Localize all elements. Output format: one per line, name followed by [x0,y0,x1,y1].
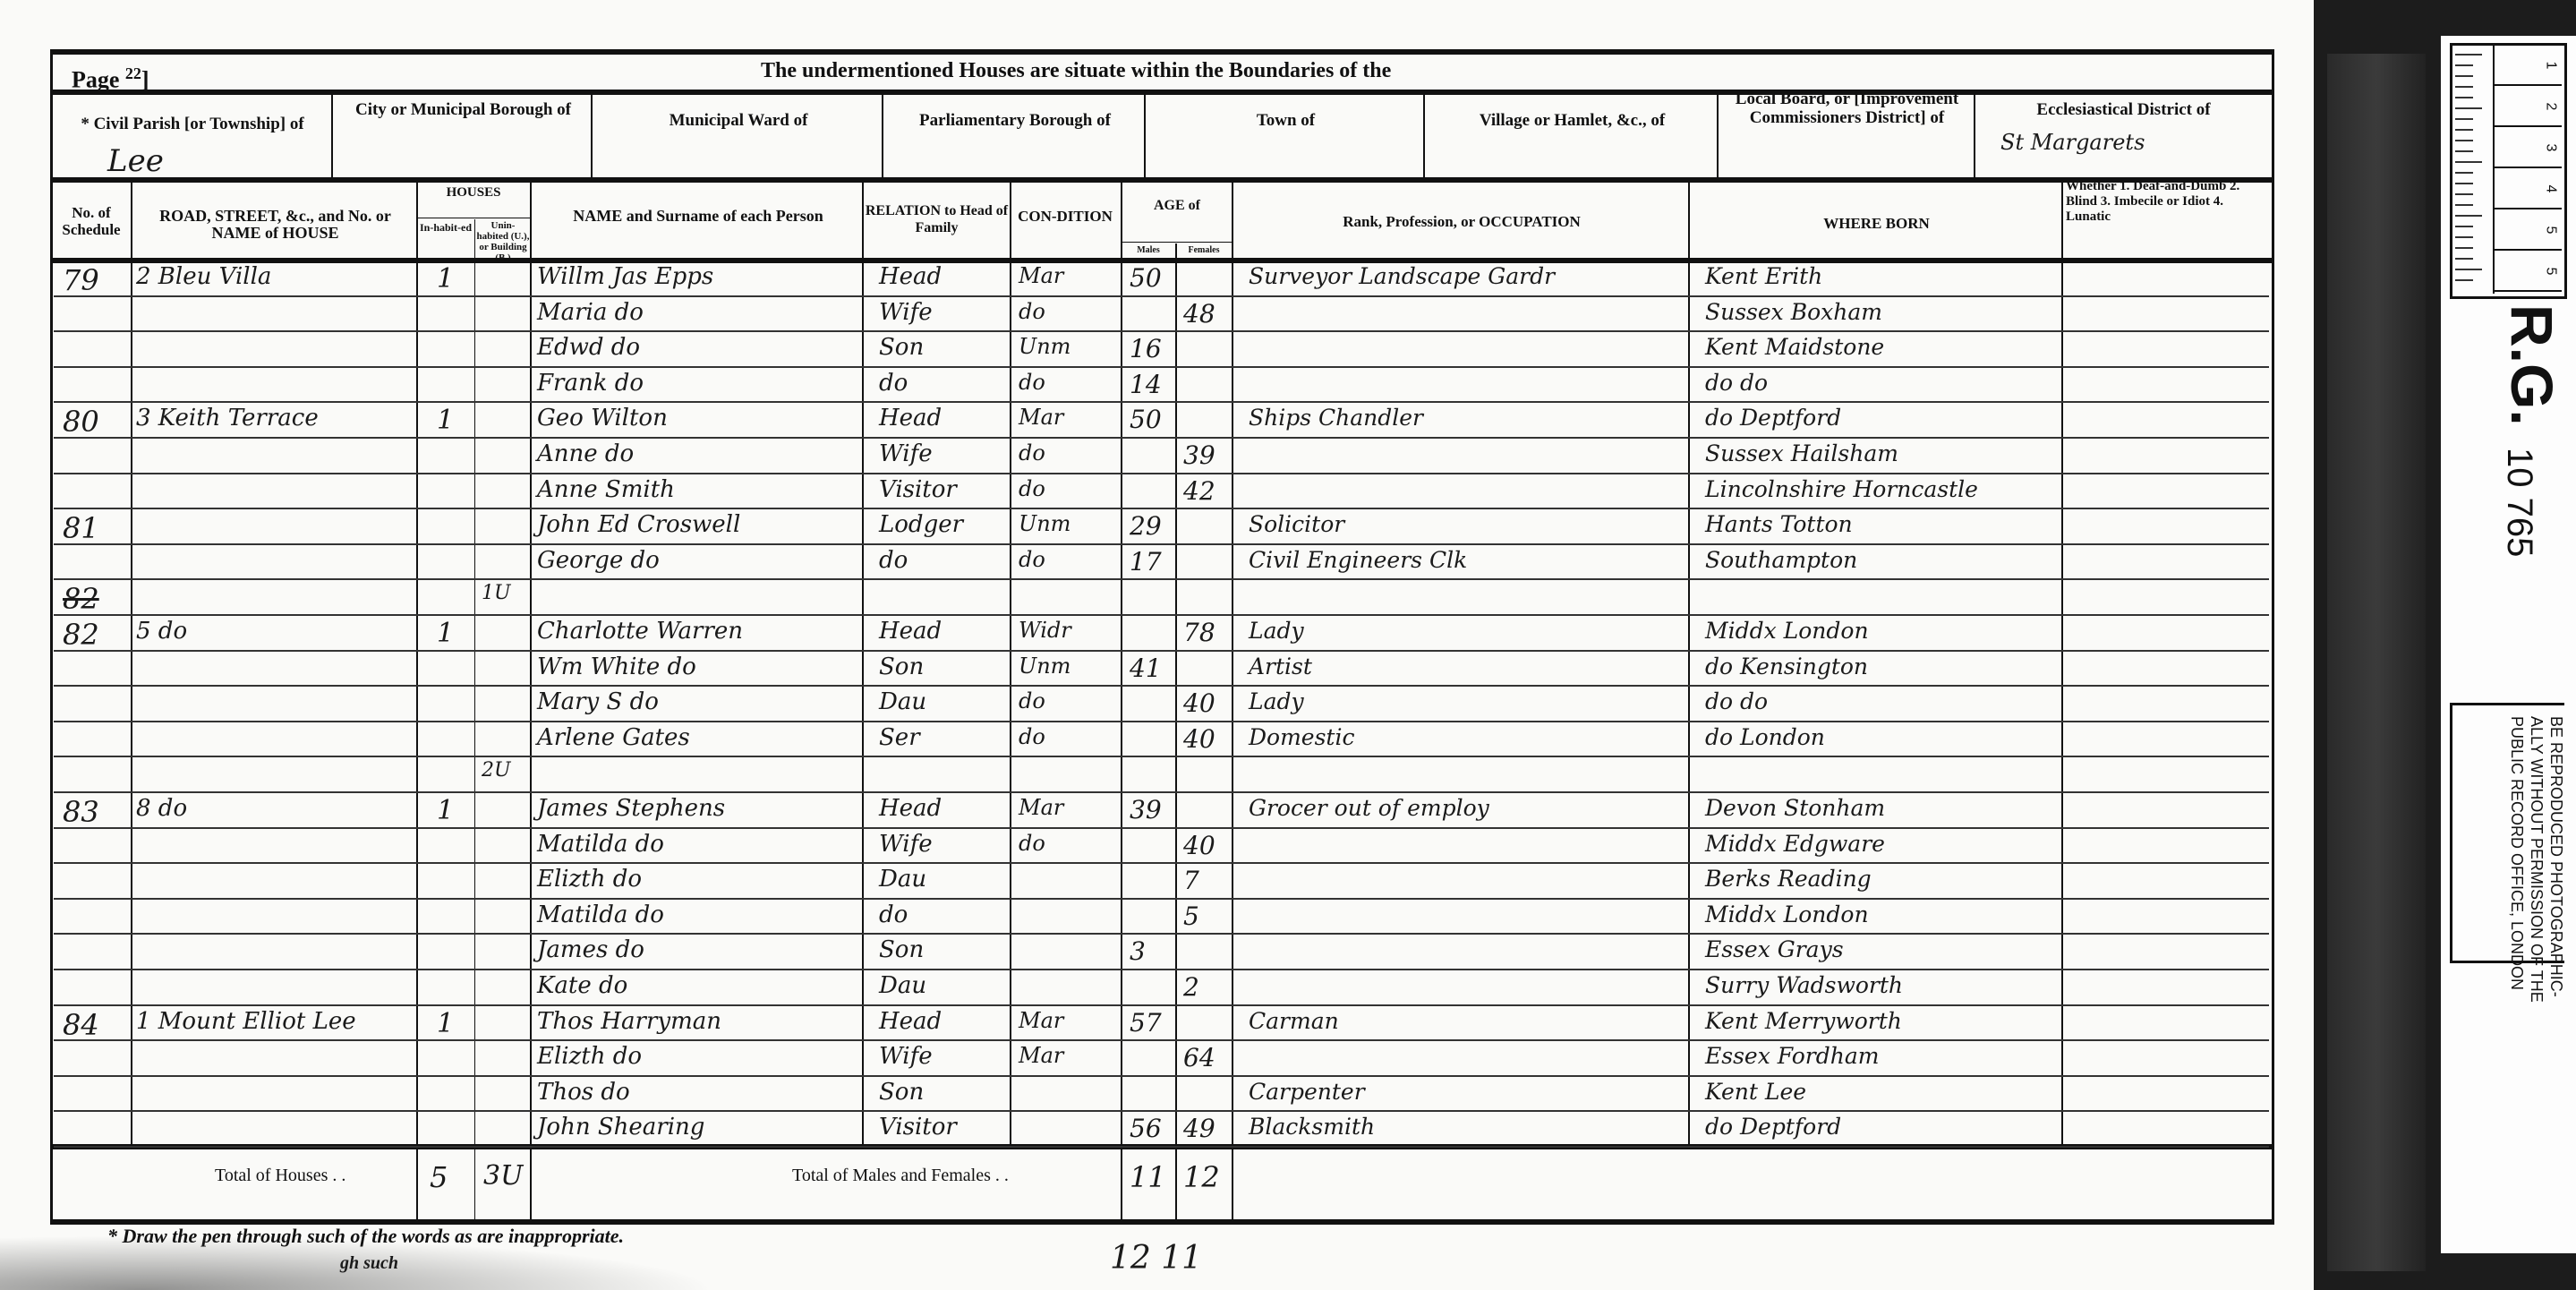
ruler-minor-tick [2455,75,2473,77]
age-male: 16 [1130,334,1162,363]
ruler-minor-tick [2455,64,2473,66]
age-male: 29 [1130,511,1162,541]
person-name: Matilda do [537,831,664,858]
relation-to-head: Head [879,795,942,822]
where-born: do London [1705,724,1825,750]
marital-condition: do [1019,370,1045,395]
col-age: AGE of [1122,197,1232,214]
marital-condition: do [1019,476,1045,501]
municipal-ward-label: Municipal Ward of [595,111,882,130]
col-name: NAME and Surname of each Person [537,208,859,225]
houses-inhabited: 1 [437,263,454,295]
rule [862,177,864,1144]
person-name: Maria do [537,299,644,326]
row-rule [54,827,2269,829]
person-name: Charlotte Warren [537,618,743,645]
where-born: Kent Merryworth [1705,1008,1902,1034]
ruler-minor-tick [2455,129,2473,131]
age-female: 48 [1183,299,1215,329]
relation-to-head: Dau [879,866,926,893]
person-name: George do [537,547,660,574]
row-rule [54,933,2269,935]
person-name: Matilda do [537,901,664,928]
total-males: 11 [1130,1160,1166,1194]
rule [331,90,333,177]
marital-condition: Mar [1019,1008,1063,1033]
col-occupation: Rank, Profession, or OCCUPATION [1235,213,1688,230]
where-born: do do [1705,370,1768,396]
relation-to-head: Son [879,334,924,361]
houses-uninhabited: 2U [482,759,511,782]
relation-to-head: Head [879,263,942,290]
rule [1423,90,1425,177]
ruler-number: 4 [2542,185,2558,193]
age-female: 40 [1183,831,1215,860]
col-schedule: No. of Schedule [52,204,131,238]
occupation: Solicitor [1249,511,1344,537]
person-name: Elizth do [537,1043,642,1070]
rule [131,177,132,1144]
age-female: 5 [1183,901,1199,931]
row-rule [54,295,2269,297]
occupation: Lady [1249,688,1304,714]
houses-inhabited: 1 [437,405,454,436]
col-houses: HOUSES [417,184,530,201]
person-name: Wm White do [537,654,696,680]
age-female: 2 [1183,972,1199,1002]
relation-to-head: Lodger [879,511,963,538]
person-name: Mary S do [537,688,659,715]
row-rule [54,685,2269,687]
relation-to-head: Head [879,618,942,645]
schedule-number: 82 [63,582,99,616]
rule [416,177,418,1219]
slip-notice: BE REPRODUCED PHOTOGRAPHIC- ALLY WITHOUT… [2507,716,2566,1003]
age-male: 57 [1130,1008,1162,1038]
binding-shadow [2327,54,2426,1271]
row-rule [54,791,2269,793]
total-houses-inhabited: 5 [430,1160,448,1194]
road-address: 8 do [136,795,187,822]
ruler-minor-tick [2455,183,2473,184]
rule [591,90,593,177]
row-rule [54,508,2269,509]
houses-inhabited: 1 [437,795,454,826]
where-born: do do [1705,688,1768,714]
occupation: Civil Engineers Clk [1249,547,1467,573]
rule [50,177,2274,183]
marital-condition: Mar [1019,405,1063,430]
col-relation: RELATION to Head of Family [864,202,1010,236]
marital-condition: Unm [1019,654,1070,679]
ruler-tick [2495,84,2562,86]
relation-to-head: Son [879,1079,924,1106]
ruler-minor-tick [2455,193,2473,195]
relation-to-head: Wife [879,1043,933,1070]
local-board-label: Local Board, or [Improvement Commissione… [1720,90,1974,127]
ruler-box [2450,43,2567,299]
age-female: 78 [1183,618,1215,647]
row-rule [54,721,2269,722]
age-male: 14 [1130,370,1162,399]
total-persons-label: Total of Males and Females . . [792,1166,1009,1186]
relation-to-head: Visitor [879,1114,957,1140]
age-male: 50 [1130,263,1162,293]
age-female: 40 [1183,688,1215,718]
occupation: Lady [1249,618,1304,644]
occupation: Surveyor Landscape Gardr [1249,263,1555,289]
relation-to-head: Son [879,936,924,963]
rule [50,49,2274,55]
ruler-number: 1 [2542,62,2558,70]
person-name: Thos do [537,1079,630,1106]
col-where-born: WHERE BORN [1692,215,2061,232]
ecclesiastical-district-label: Ecclesiastical District of [1978,100,2269,119]
marital-condition: Mar [1019,795,1063,820]
total-houses-label: Total of Houses . . [215,1166,345,1186]
total-houses-uninhabited: 3U [483,1160,523,1192]
parliamentary-borough-label: Parliamentary Borough of [886,111,1144,130]
total-females: 12 [1183,1160,1220,1194]
ruler-tick [2495,208,2562,209]
schedule-number: 81 [63,511,99,545]
col-infirmity: Whether 1. Deaf-and-Dumb 2. Blind 3. Imb… [2066,179,2270,225]
road-address: 5 do [136,618,187,645]
row-rule [54,578,2269,580]
ruler-minor-tick [2455,172,2473,174]
row-rule [54,862,2269,864]
road-address: 3 Keith Terrace [136,405,319,431]
row-rule [54,1075,2269,1077]
where-born: Middx London [1705,618,1869,644]
where-born: Kent Maidstone [1705,334,1884,360]
ruler-tick [2495,167,2562,168]
marital-condition: do [1019,831,1045,856]
occupation: Grocer out of employ [1249,795,1489,821]
occupation: Artist [1249,654,1312,679]
schedule-number: 80 [63,405,99,439]
ruler-minor-tick [2455,215,2482,217]
rule [1175,243,1177,1219]
rule [1974,90,1975,177]
houses-inhabited: 1 [437,618,454,649]
ruler-minor-tick [2455,247,2473,249]
age-male: 41 [1130,654,1162,683]
schedule-number: 84 [63,1008,99,1042]
person-name: Geo Wilton [537,405,668,431]
folio-marks: 12 11 [1110,1240,1202,1277]
relation-to-head: Head [879,405,942,431]
relation-to-head: Wife [879,299,933,326]
marital-condition: Unm [1019,334,1070,359]
row-rule [54,650,2269,652]
ecclesiastical-district-value: St Margarets [2000,130,2145,155]
row-rule [54,366,2269,368]
rule [474,219,475,1219]
where-born: Sussex Hailsham [1705,440,1898,466]
rule [2061,177,2063,1144]
age-female: 64 [1183,1043,1215,1072]
slip-series: R.G. [2498,304,2566,426]
ruler-minor-tick [2455,258,2473,260]
row-rule [54,543,2269,545]
marital-condition: Mar [1019,263,1063,288]
ruler-minor-tick [2455,204,2473,206]
relation-to-head: Head [879,1008,942,1035]
where-born: Sussex Boxham [1705,299,1882,325]
occupation: Blacksmith [1249,1114,1375,1140]
rule [530,177,532,1219]
road-address: 1 Mount Elliot Lee [136,1008,356,1035]
marital-condition: do [1019,547,1045,572]
row-rule [54,969,2269,970]
age-female: 7 [1183,866,1199,895]
person-name: John Shearing [537,1114,704,1140]
where-born: Essex Fordham [1705,1043,1879,1069]
col-inhabited: In-habit-ed [418,222,473,234]
marital-condition: Widr [1019,618,1071,643]
rule [2493,43,2495,294]
where-born: Southampton [1705,547,1857,573]
row-rule [54,330,2269,332]
person-name: James do [537,936,644,963]
person-name: Frank do [537,370,644,397]
relation-to-head: do [879,547,908,574]
schedule-number: 83 [63,795,99,829]
village-label: Village or Hamlet, &c., of [1428,111,1717,130]
ruler-tick [2495,290,2562,292]
relation-to-head: Dau [879,972,926,999]
relation-to-head: do [879,901,908,928]
col-road: ROAD, STREET, &c., and No. or NAME of HO… [134,208,416,242]
rule [1144,90,1146,177]
reference-slip: 123455 R.G. 10 765 BE REPRODUCED PHOTOGR… [2441,36,2576,1253]
age-male: 56 [1130,1114,1162,1143]
person-name: Arlene Gates [537,724,690,751]
age-male: 3 [1130,936,1146,966]
person-name: Edwd do [537,334,640,361]
row-rule [54,756,2269,757]
where-born: Essex Grays [1705,936,1844,962]
person-name: Thos Harryman [537,1008,721,1035]
marital-condition: Unm [1019,511,1070,536]
houses-inhabited: 1 [437,1008,454,1039]
page-number: 22 [125,64,141,82]
age-female: 49 [1183,1114,1215,1143]
houses-uninhabited: 1U [482,582,511,604]
row-rule [54,437,2269,439]
ruler-minor-tick [2455,269,2482,270]
marital-condition: do [1019,299,1045,324]
road-address: 2 Bleu Villa [136,263,271,290]
scan-noise [0,1235,716,1290]
municipal-borough-label: City or Municipal Borough of [336,100,591,119]
person-name: Willm Jas Epps [537,263,713,290]
rule [1688,177,1690,1144]
age-male: 39 [1130,795,1162,824]
marital-condition: do [1019,440,1045,466]
ruler-minor-tick [2455,86,2473,88]
occupation: Domestic [1249,724,1354,750]
census-page: Page 22] The undermentioned Houses are s… [0,0,2314,1290]
ruler-minor-tick [2455,279,2473,281]
row-rule [54,898,2269,900]
rule [1717,90,1719,177]
row-rule [54,614,2269,616]
schedule-number: 79 [63,263,99,297]
ruler-tick [2495,249,2562,251]
where-born: do Deptford [1705,1114,1841,1140]
rule [416,218,530,218]
relation-to-head: Son [879,654,924,680]
row-rule [54,1146,2269,1148]
occupation: Carpenter [1249,1079,1365,1105]
relation-to-head: Wife [879,440,933,467]
col-males: Males [1122,245,1174,256]
age-female: 39 [1183,440,1215,470]
slip-piece: 10 765 [2499,448,2539,557]
ruler-tick [2495,125,2562,127]
age-female: 42 [1183,476,1215,506]
where-born: Lincolnshire Horncastle [1705,476,1978,502]
where-born: Middx London [1705,901,1869,927]
ruler-minor-tick [2455,97,2473,98]
where-born: Berks Reading [1705,866,1872,892]
town-label: Town of [1148,111,1423,130]
rule [2272,49,2274,1222]
where-born: do Kensington [1705,654,1868,679]
row-rule [54,1039,2269,1041]
ruler-minor-tick [2455,107,2482,109]
ruler-number: 5 [2542,268,2558,276]
where-born: do Deptford [1705,405,1841,431]
where-born: Middx Edgware [1705,831,1885,857]
row-rule [54,1004,2269,1006]
relation-to-head: Dau [879,688,926,715]
relation-to-head: do [879,370,908,397]
relation-to-head: Ser [879,724,920,751]
marital-condition: do [1019,724,1045,749]
relation-to-head: Wife [879,831,933,858]
rule [1010,177,1011,1144]
person-name: Elizth do [537,866,642,893]
col-condition: CON-DITION [1011,208,1119,225]
row-rule [54,473,2269,474]
person-name: John Ed Croswell [537,511,740,538]
marital-condition: do [1019,688,1045,713]
where-born: Kent Erith [1705,263,1822,289]
marital-condition: Mar [1019,1043,1063,1068]
age-male: 17 [1130,547,1162,577]
civil-parish-label: * Civil Parish [or Township] of [54,115,331,133]
rule [1121,177,1122,1219]
where-born: Kent Lee [1705,1079,1806,1105]
rule [1121,242,1232,243]
person-name: Anne Smith [537,476,675,503]
person-name: Anne do [537,440,634,467]
col-females: Females [1177,245,1231,256]
person-name: James Stephens [537,795,725,822]
person-name: Kate do [537,972,627,999]
row-rule [54,1110,2269,1112]
document-title: The undermentioned Houses are situate wi… [761,59,1391,83]
ruler-minor-tick [2455,236,2473,238]
ruler-minor-tick [2455,226,2473,227]
where-born: Devon Stonham [1705,795,1885,821]
ruler-minor-tick [2455,118,2473,120]
civil-parish-value: Lee [107,143,164,179]
ruler-minor-tick [2455,54,2482,56]
col-uninhabited: Unin-habited (U.), or Building (B.) [476,220,530,263]
ruler-minor-tick [2455,150,2473,152]
occupation: Carman [1249,1008,1339,1034]
schedule-number: 82 [63,618,99,652]
age-female: 40 [1183,724,1215,754]
row-rule [54,401,2269,403]
rule [50,258,2274,263]
ruler-number: 5 [2542,226,2558,235]
ruler-number: 2 [2542,103,2558,111]
ruler-minor-tick [2455,161,2482,163]
occupation: Ships Chandler [1249,405,1423,431]
where-born: Hants Totton [1705,511,1853,537]
ruler-number: 3 [2542,144,2558,152]
ruler-minor-tick [2455,140,2473,141]
relation-to-head: Visitor [879,476,957,503]
rule [1232,177,1233,1219]
age-male: 50 [1130,405,1162,434]
rule [882,90,883,177]
where-born: Surry Wadsworth [1705,972,1903,998]
